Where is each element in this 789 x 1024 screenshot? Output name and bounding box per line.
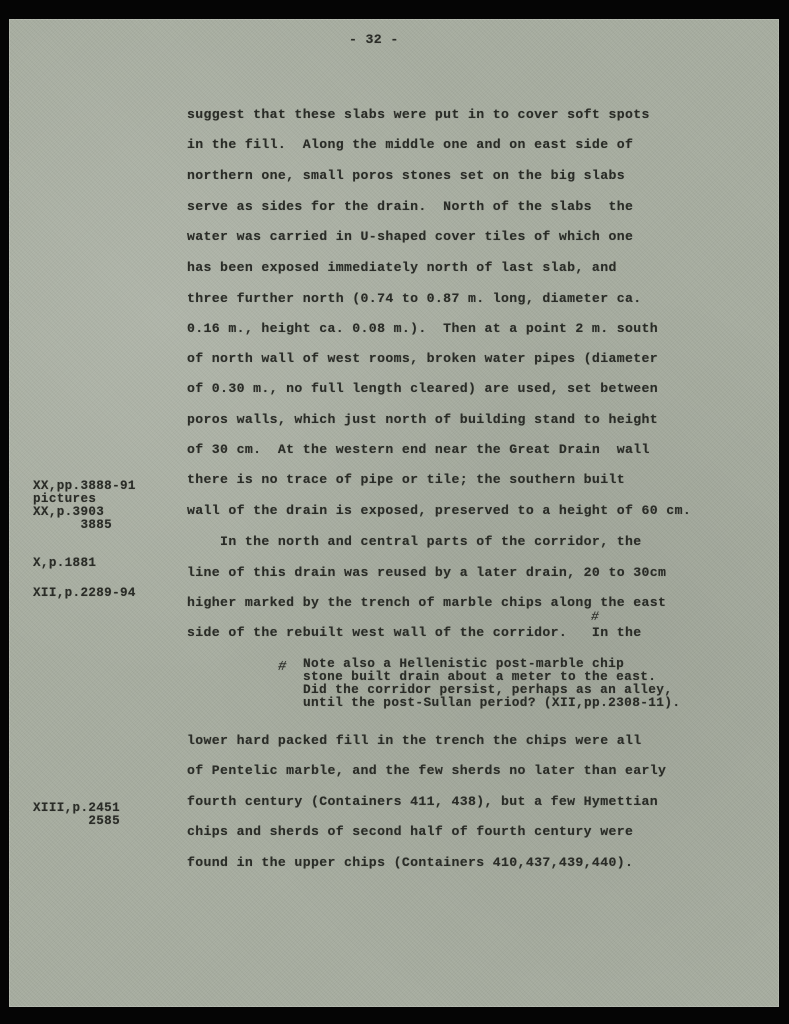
- body-line: wall of the drain is exposed, preserved …: [187, 503, 691, 518]
- body-line: higher marked by the trench of marble ch…: [187, 595, 666, 610]
- body-line: found in the upper chips (Containers 410…: [187, 855, 633, 870]
- body-line: fourth century (Containers 411, 438), bu…: [187, 794, 658, 809]
- body-line: of Pentelic marble, and the few sherds n…: [187, 763, 666, 778]
- footnote-reference-mark: #: [591, 609, 599, 624]
- body-line: in the fill. Along the middle one and on…: [187, 137, 633, 152]
- footnote-line: until the post-Sullan period? (XII,pp.23…: [303, 696, 680, 709]
- body-line: there is no trace of pipe or tile; the s…: [187, 472, 625, 487]
- typed-page: - 32 - suggest that these slabs were put…: [9, 19, 779, 1007]
- body-line: 0.16 m., height ca. 0.08 m.). Then at a …: [187, 321, 658, 336]
- body-line: lower hard packed fill in the trench the…: [187, 733, 642, 748]
- body-line: suggest that these slabs were put in to …: [187, 107, 650, 122]
- page-number: - 32 -: [349, 32, 399, 47]
- body-line: water was carried in U-shaped cover tile…: [187, 229, 633, 244]
- margin-note-line: XII,p.2289-94: [33, 587, 136, 600]
- margin-note-line: 2585: [33, 815, 120, 828]
- body-line: In the north and central parts of the co…: [187, 534, 642, 549]
- body-line: three further north (0.74 to 0.87 m. lon…: [187, 291, 642, 306]
- margin-note-line: 3885: [33, 519, 112, 532]
- body-line: northern one, small poros stones set on …: [187, 168, 625, 183]
- body-line: of 0.30 m., no full length cleared) are …: [187, 381, 658, 396]
- body-line: line of this drain was reused by a later…: [187, 565, 666, 580]
- body-line: poros walls, which just north of buildin…: [187, 412, 658, 427]
- body-line: of 30 cm. At the western end near the Gr…: [187, 442, 650, 457]
- body-line: chips and sherds of second half of fourt…: [187, 824, 633, 839]
- body-line: side of the rebuilt west wall of the cor…: [187, 625, 642, 640]
- body-line: has been exposed immediately north of la…: [187, 260, 617, 275]
- body-line: serve as sides for the drain. North of t…: [187, 199, 633, 214]
- margin-note-line: X,p.1881: [33, 557, 96, 570]
- body-line: of north wall of west rooms, broken wate…: [187, 351, 658, 366]
- footnote-marker: #: [278, 659, 287, 675]
